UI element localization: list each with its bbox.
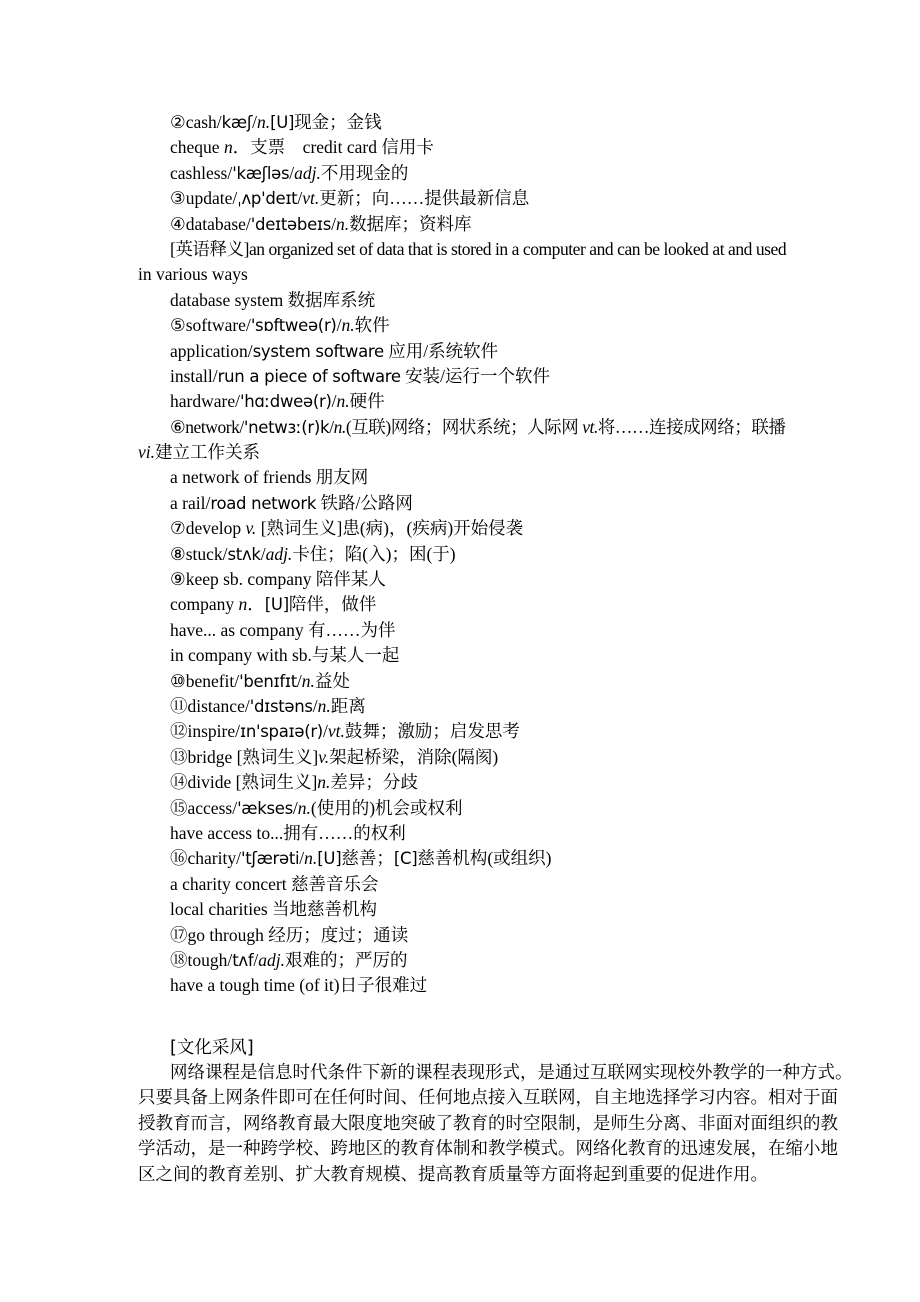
- phonetic-text: 'netwɜː(r)k: [244, 418, 329, 437]
- phonetic-text: [U]: [270, 113, 294, 132]
- text-segment: ⑦develop: [170, 518, 245, 538]
- phonetic-text: [U]: [265, 595, 289, 614]
- text-segment: database system 数据库系统: [170, 290, 375, 310]
- text-segment: 差异；分歧: [330, 772, 418, 792]
- pos-abbrev: n.: [334, 417, 346, 437]
- text-segment: 数据库；资料库: [349, 214, 472, 234]
- text-segment: have a tough time (of it)日子很难过: [170, 975, 427, 995]
- pos-abbrev: n.: [336, 214, 349, 234]
- text-segment: 建立工作关系: [155, 442, 260, 462]
- paragraph-spacer: [138, 999, 838, 1035]
- text-segment: 距离: [331, 696, 366, 716]
- doc-line-19: ⑨keep sb. company 陪伴某人: [138, 567, 838, 592]
- text-segment: ②cash/: [170, 112, 222, 132]
- text-segment: ⑤software/: [170, 315, 251, 335]
- phonetic-text: tʌf: [232, 951, 253, 970]
- phonetic-text: 'ækses: [237, 799, 293, 818]
- text-segment: a network of friends 朋友网: [170, 467, 368, 487]
- pos-abbrev: n.: [341, 315, 354, 335]
- doc-line-1: ②cash/kæʃ/n.[U]现金；金钱: [138, 110, 838, 135]
- doc-line-25: ⑫inspire/ɪn'spaɪə(r)/vt.鼓舞；激励；启发思考: [138, 719, 838, 744]
- text-segment: 艰难的；严厉的: [285, 950, 408, 970]
- doc-line-17: ⑦develop v. [熟词生义]患(病)，(疾病)开始侵袭: [138, 516, 838, 541]
- doc-line-10: application/system software 应用/系统软件: [138, 339, 838, 364]
- pos-abbrev: n: [224, 137, 233, 157]
- phonetic-text: 'deɪtəbeɪs: [251, 215, 331, 234]
- doc-line-22: in company with sb.与某人一起: [138, 643, 838, 668]
- phonetic-text: 'sɒftweə(r): [251, 316, 337, 335]
- text-segment: 区之间的教育差别、扩大教育规模、提高教育质量等方面将起到重要的促进作用。: [138, 1164, 768, 1184]
- pos-abbrev: adj.: [294, 163, 321, 183]
- phonetic-text: kæʃ: [222, 113, 252, 132]
- pos-abbrev: vt.: [302, 188, 319, 208]
- text-segment: 鼓舞；激励；启发思考: [345, 721, 520, 741]
- text-segment: ⑬bridge [熟词生义]: [170, 747, 318, 767]
- phonetic-text: 'benɪfɪt: [239, 672, 297, 691]
- pos-abbrev: n: [239, 594, 248, 614]
- text-segment: 架起桥梁，消除(隔阂): [329, 747, 498, 767]
- doc-line-41: 学活动，是一种跨学校、跨地区的教育体制和教学模式。网络化教育的迅速发展，在缩小地: [138, 1136, 838, 1161]
- phonetic-text: 'kæʃləs: [232, 164, 289, 183]
- doc-line-11: install/run a piece of software 安装/运行一个软…: [138, 364, 838, 389]
- pos-abbrev: vt.: [582, 417, 598, 437]
- phonetic-text: run a piece of software: [218, 367, 401, 386]
- text-segment: install/: [170, 366, 218, 386]
- text-segment: 铁路/公路网: [316, 493, 413, 513]
- text-segment: ⑧stuck/: [170, 544, 228, 564]
- phonetic-text: system software: [253, 342, 384, 361]
- pos-abbrev: n.: [317, 772, 330, 792]
- text-segment: [熟词生义]患(病)，(疾病)开始侵袭: [256, 518, 523, 538]
- doc-line-14: vi.建立工作关系: [138, 440, 838, 465]
- doc-line-24: ⑪distance/'dɪstəns/n.距离: [138, 694, 838, 719]
- text-segment: a charity concert 慈善音乐会: [170, 874, 378, 894]
- text-segment: have... as company 有……为伴: [170, 620, 396, 640]
- text-segment: 慈善；: [341, 848, 394, 868]
- text-segment: (使用的)机会或权利: [311, 798, 463, 818]
- text-segment: in company with sb.与某人一起: [170, 645, 399, 665]
- text-segment: [英语释义]an organized set of data that is s…: [170, 239, 786, 259]
- doc-line-21: have... as company 有……为伴: [138, 618, 838, 643]
- doc-line-42: 区之间的教育差别、扩大教育规模、提高教育质量等方面将起到重要的促进作用。: [138, 1162, 838, 1187]
- doc-line-2: cheque n．支票 credit card 信用卡: [138, 135, 838, 160]
- text-segment: ③update/: [170, 188, 237, 208]
- text-segment: 授教育而言，网络教育最大限度地突破了教育的时空限制，是师生分离、非面对面组织的教: [138, 1113, 838, 1133]
- doc-line-13: ⑥network/'netwɜː(r)k/n.(互联)网络；网状系统；人际网 v…: [138, 415, 838, 440]
- pos-abbrev: vi.: [138, 442, 155, 462]
- text-segment: ⑱tough/: [170, 950, 232, 970]
- doc-line-32: local charities 当地慈善机构: [138, 897, 838, 922]
- text-segment: 卡住；陷(入)；困(于): [292, 544, 455, 564]
- doc-line-29: have access to...拥有……的权利: [138, 821, 838, 846]
- phonetic-text: ɪn'spaɪə(r): [240, 722, 323, 741]
- doc-line-9: ⑤software/'sɒftweə(r)/n.软件: [138, 313, 838, 338]
- pos-abbrev: n.: [304, 848, 317, 868]
- text-segment: ⑫inspire/: [170, 721, 240, 741]
- document-content: ②cash/kæʃ/n.[U]现金；金钱cheque n．支票 credit c…: [138, 110, 838, 1187]
- text-segment: ．: [247, 594, 265, 614]
- doc-line-26: ⑬bridge [熟词生义]v.架起桥梁，消除(隔阂): [138, 745, 838, 770]
- section-heading-text: [文化采风]: [170, 1038, 254, 1058]
- text-segment: ④database/: [170, 214, 251, 234]
- text-segment: ⑥network/: [170, 417, 244, 437]
- doc-line-5: ④database/'deɪtəbeɪs/n.数据库；资料库: [138, 212, 838, 237]
- doc-line-4: ③update/ˌʌp'deɪt/vt.更新；向……提供最新信息: [138, 186, 838, 211]
- text-segment: ⑰go through 经历；度过；通读: [170, 925, 408, 945]
- text-segment: 应用/系统软件: [384, 341, 498, 361]
- pos-abbrev: n.: [257, 112, 270, 132]
- text-segment: 安装/运行一个软件: [401, 366, 550, 386]
- text-segment: ⑮access/: [170, 798, 237, 818]
- text-segment: ⑪distance/: [170, 696, 250, 716]
- text-segment: cashless/: [170, 163, 232, 183]
- phonetic-text: road network: [210, 494, 316, 513]
- text-segment: 将……连接成网络；联播: [598, 417, 786, 437]
- doc-line-15: a network of friends 朋友网: [138, 465, 838, 490]
- doc-line-37: [文化采风]: [138, 1035, 838, 1060]
- pos-abbrev: n.: [337, 391, 350, 411]
- phonetic-text: [C]: [394, 849, 418, 868]
- pos-abbrev: v.: [318, 747, 329, 767]
- text-segment: cheque: [170, 137, 224, 157]
- text-segment: 慈善机构(或组织): [417, 848, 551, 868]
- phonetic-text: 'hɑːdweə(r): [240, 392, 332, 411]
- doc-line-35: have a tough time (of it)日子很难过: [138, 973, 838, 998]
- text-segment: 陪伴，做伴: [289, 594, 377, 614]
- phonetic-text: ˌʌp'deɪt: [237, 189, 297, 208]
- pos-abbrev: n.: [318, 696, 331, 716]
- pos-abbrev: n.: [298, 798, 311, 818]
- text-segment: company: [170, 594, 239, 614]
- doc-line-7: in various ways: [138, 262, 838, 287]
- doc-line-18: ⑧stuck/stʌk/adj.卡住；陷(入)；困(于): [138, 542, 838, 567]
- doc-line-12: hardware/'hɑːdweə(r)/n.硬件: [138, 389, 838, 414]
- text-segment: 学活动，是一种跨学校、跨地区的教育体制和教学模式。网络化教育的迅速发展，在缩小地: [138, 1138, 838, 1158]
- text-segment: ⑯charity/: [170, 848, 241, 868]
- text-segment: application/: [170, 341, 253, 361]
- text-segment: 软件: [355, 315, 390, 335]
- text-segment: hardware/: [170, 391, 240, 411]
- text-segment: (互联)网络；网状系统；人际网: [346, 417, 582, 437]
- text-segment: ⑩benefit/: [170, 671, 239, 691]
- pos-abbrev: adj.: [266, 544, 293, 564]
- pos-abbrev: v.: [245, 518, 256, 538]
- text-segment: 更新；向……提供最新信息: [319, 188, 529, 208]
- doc-line-33: ⑰go through 经历；度过；通读: [138, 923, 838, 948]
- text-segment: in various ways: [138, 264, 248, 284]
- doc-line-28: ⑮access/'ækses/n.(使用的)机会或权利: [138, 796, 838, 821]
- text-segment: 益处: [315, 671, 350, 691]
- doc-line-39: 只要具备上网条件即可在任何时间、任何地点接入互联网，自主地选择学习内容。相对于面: [138, 1085, 838, 1110]
- text-segment: 硬件: [350, 391, 385, 411]
- text-segment: ．支票 credit card 信用卡: [233, 137, 434, 157]
- doc-line-27: ⑭divide [熟词生义]n.差异；分歧: [138, 770, 838, 795]
- doc-line-6: [英语释义]an organized set of data that is s…: [138, 237, 838, 262]
- phonetic-text: 'dɪstəns: [250, 697, 313, 716]
- pos-abbrev: n.: [302, 671, 315, 691]
- doc-line-8: database system 数据库系统: [138, 288, 838, 313]
- doc-line-30: ⑯charity/'tʃærəti/n.[U]慈善；[C]慈善机构(或组织): [138, 846, 838, 871]
- phonetic-text: stʌk: [228, 545, 261, 564]
- text-segment: local charities 当地慈善机构: [170, 899, 377, 919]
- doc-line-16: a rail/road network 铁路/公路网: [138, 491, 838, 516]
- phonetic-text: 'tʃærəti: [241, 849, 299, 868]
- doc-line-34: ⑱tough/tʌf/adj.艰难的；严厉的: [138, 948, 838, 973]
- text-segment: 不用现金的: [321, 163, 409, 183]
- text-segment: have access to...拥有……的权利: [170, 823, 406, 843]
- pos-abbrev: adj.: [258, 950, 285, 970]
- text-segment: ⑭divide [熟词生义]: [170, 772, 317, 792]
- doc-line-31: a charity concert 慈善音乐会: [138, 872, 838, 897]
- doc-line-20: company n．[U]陪伴，做伴: [138, 592, 838, 617]
- text-segment: 只要具备上网条件即可在任何时间、任何地点接入互联网，自主地选择学习内容。相对于面: [138, 1087, 838, 1107]
- document-page: ②cash/kæʃ/n.[U]现金；金钱cheque n．支票 credit c…: [0, 0, 920, 1302]
- text-segment: 现金；金钱: [294, 112, 382, 132]
- text-segment: 网络课程是信息时代条件下新的课程表现形式，是通过互联网实现校外教学的一种方式。: [170, 1062, 853, 1082]
- doc-line-23: ⑩benefit/'benɪfɪt/n.益处: [138, 669, 838, 694]
- text-segment: a rail/: [170, 493, 210, 513]
- doc-line-3: cashless/'kæʃləs/adj.不用现金的: [138, 161, 838, 186]
- pos-abbrev: vt.: [328, 721, 345, 741]
- doc-line-38: 网络课程是信息时代条件下新的课程表现形式，是通过互联网实现校外教学的一种方式。: [138, 1060, 838, 1085]
- phonetic-text: [U]: [317, 849, 341, 868]
- text-segment: ⑨keep sb. company 陪伴某人: [170, 569, 386, 589]
- doc-line-40: 授教育而言，网络教育最大限度地突破了教育的时空限制，是师生分离、非面对面组织的教: [138, 1111, 838, 1136]
